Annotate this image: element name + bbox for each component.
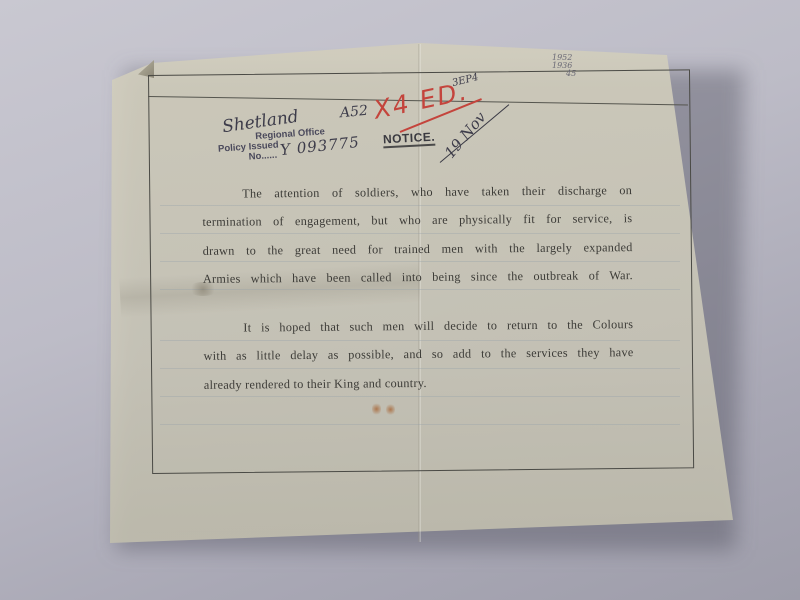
- rust-stain: [386, 403, 395, 416]
- rust-stain: [372, 402, 381, 416]
- paragraph-line: drawn to the great need for trained men …: [203, 233, 633, 265]
- pencil-numbers: 1952 1936 45: [552, 54, 576, 78]
- paragraph-line: already rendered to their King and count…: [204, 367, 634, 399]
- paragraph-line: Armies which have been called into being…: [203, 261, 633, 293]
- paragraph-line: It is hoped that such men will decide to…: [203, 310, 633, 342]
- notice-heading: NOTICE.: [383, 130, 436, 149]
- paragraph-line: with as little delay as possible, and so…: [203, 339, 633, 371]
- pencil-number: 45: [552, 70, 576, 78]
- dirt-smudge: [188, 282, 218, 296]
- paragraph-line: The attention of soldiers, who have take…: [202, 176, 632, 208]
- paragraph-line: termination of engagement, but who are p…: [202, 204, 632, 236]
- handwritten-ref-code: A52: [339, 103, 368, 121]
- notice-body: The attention of soldiers, who have take…: [202, 176, 634, 399]
